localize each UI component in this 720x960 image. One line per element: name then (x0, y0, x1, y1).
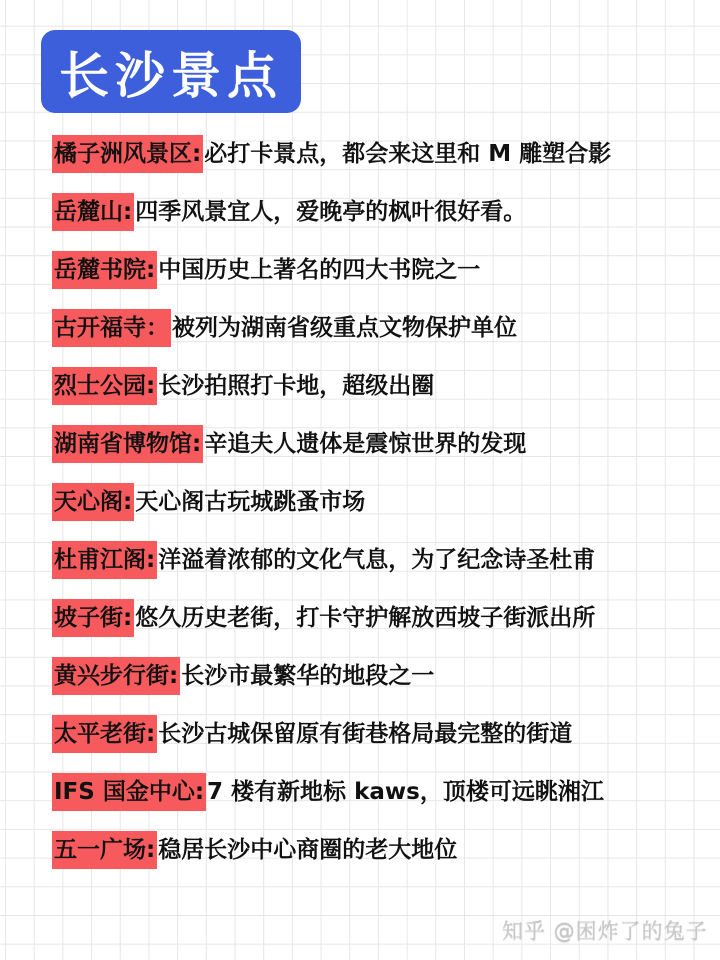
attraction-name: 湖南省博物馆: (52, 425, 203, 463)
list-item: 岳麓书院:中国历史上著名的四大书院之一 (52, 251, 712, 289)
attraction-desc: 被列为湖南省级重点文物保护单位 (171, 309, 517, 347)
attraction-desc: 洋溢着浓郁的文化气息，为了纪念诗圣杜甫 (157, 541, 595, 579)
attraction-desc: 稳居长沙中心商圈的老大地位 (157, 831, 457, 869)
list-item: 湖南省博物馆:辛追夫人遗体是震惊世界的发现 (52, 425, 712, 463)
attraction-desc: 长沙古城保留原有街巷格局最完整的街道 (157, 715, 572, 753)
list-item: 橘子洲风景区:必打卡景点，都会来这里和 M 雕塑合影 (52, 135, 712, 173)
list-item: 太平老街:长沙古城保留原有街巷格局最完整的街道 (52, 715, 712, 753)
list-item: 天心阁:天心阁古玩城跳蚤市场 (52, 483, 712, 521)
attraction-desc: 长沙市最繁华的地段之一 (180, 657, 434, 695)
attraction-name: 岳麓书院: (52, 251, 157, 289)
list-item: 黄兴步行街:长沙市最繁华的地段之一 (52, 657, 712, 695)
list-item: 烈士公园:长沙拍照打卡地，超级出圈 (52, 367, 712, 405)
title-banner: 长沙景点 (41, 30, 301, 113)
attraction-desc: 四季风景宜人，爱晚亭的枫叶很好看。 (134, 193, 526, 231)
attraction-name: 太平老街: (52, 715, 157, 753)
list-item: 坡子街:悠久历史老街，打卡守护解放西坡子街派出所 (52, 599, 712, 637)
attraction-desc: 中国历史上著名的四大书院之一 (157, 251, 480, 289)
watermark: 知乎 @困炸了的兔子 (502, 915, 708, 945)
list-item: IFS 国金中心:7 楼有新地标 kaws，顶楼可远眺湘江 (52, 773, 712, 811)
attraction-desc: 长沙拍照打卡地，超级出圈 (157, 367, 434, 405)
list-item: 古开福寺：被列为湖南省级重点文物保护单位 (52, 309, 712, 347)
list-item: 岳麓山:四季风景宜人，爱晚亭的枫叶很好看。 (52, 193, 712, 231)
attraction-name: 天心阁: (52, 483, 134, 521)
attraction-name: 杜甫江阁: (52, 541, 157, 579)
page-title: 长沙景点 (59, 36, 283, 108)
attraction-name: 黄兴步行街: (52, 657, 180, 695)
attraction-name: 橘子洲风景区: (52, 135, 203, 173)
attraction-name: IFS 国金中心: (52, 773, 206, 811)
attraction-name: 五一广场: (52, 831, 157, 869)
attraction-name: 坡子街: (52, 599, 134, 637)
attractions-list: 橘子洲风景区:必打卡景点，都会来这里和 M 雕塑合影 岳麓山:四季风景宜人，爱晚… (52, 135, 712, 889)
list-item: 五一广场:稳居长沙中心商圈的老大地位 (52, 831, 712, 869)
list-item: 杜甫江阁:洋溢着浓郁的文化气息，为了纪念诗圣杜甫 (52, 541, 712, 579)
attraction-desc: 天心阁古玩城跳蚤市场 (134, 483, 365, 521)
attraction-name: 烈士公园: (52, 367, 157, 405)
attraction-name: 岳麓山: (52, 193, 134, 231)
attraction-desc: 必打卡景点，都会来这里和 M 雕塑合影 (203, 135, 611, 173)
attraction-desc: 悠久历史老街，打卡守护解放西坡子街派出所 (134, 599, 595, 637)
attraction-desc: 7 楼有新地标 kaws，顶楼可远眺湘江 (206, 773, 604, 811)
attraction-desc: 辛追夫人遗体是震惊世界的发现 (203, 425, 526, 463)
attraction-name: 古开福寺： (52, 309, 171, 347)
